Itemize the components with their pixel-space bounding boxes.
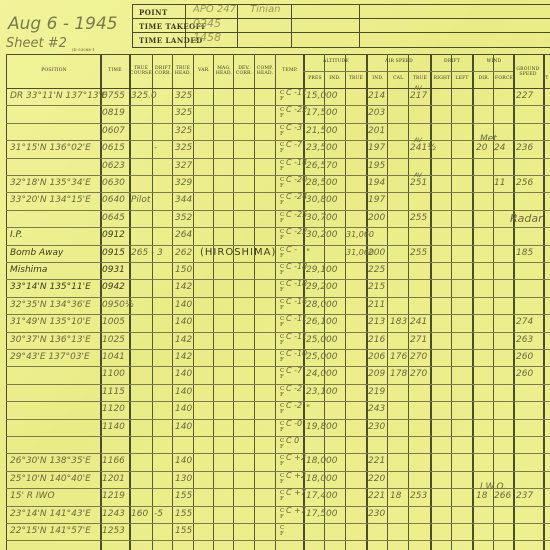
col-dev-corr: Dev. Corr. bbox=[234, 66, 254, 76]
temp-value: C -11 bbox=[286, 314, 307, 323]
cell-true-head: 140 bbox=[175, 422, 192, 432]
cell-time: 1041 bbox=[102, 352, 125, 362]
col-var: Var. bbox=[194, 68, 214, 73]
cell-airspeed-cal: 178 bbox=[390, 369, 407, 379]
temp-value: C -24 bbox=[286, 192, 307, 201]
row-divider bbox=[6, 401, 550, 402]
cell-airspeed-true: 251 bbox=[410, 178, 427, 188]
temp-scale-label: CF bbox=[280, 368, 284, 380]
col-wind: Wind bbox=[474, 59, 514, 64]
cell-airspeed-ind: 206 bbox=[368, 352, 385, 362]
cell-ground-speed: 227 bbox=[516, 91, 533, 101]
target-note: (HIROSHIMA) bbox=[200, 247, 276, 258]
cell-airspeed-true: 270 bbox=[410, 352, 427, 362]
grid-column-line bbox=[275, 54, 276, 550]
cell-position: 23°14'N 141°43'E bbox=[10, 509, 91, 519]
cell-ground-speed: 236 bbox=[516, 143, 533, 153]
col-true-head: True Head. bbox=[173, 66, 193, 76]
cell-airspeed-cal: 176 bbox=[390, 352, 407, 362]
row-divider bbox=[6, 540, 550, 541]
wind-note: I.W.O. bbox=[480, 482, 506, 492]
cell-position: I.P. bbox=[10, 230, 23, 240]
temp-value: C -18 bbox=[286, 279, 307, 288]
temp-scale-label: CF bbox=[280, 403, 284, 415]
temp-scale-label: CF bbox=[280, 386, 284, 398]
cell-time: 0640 bbox=[102, 195, 125, 205]
cell-altitude-ind: 29,100 bbox=[306, 265, 338, 275]
airspeed-note: AV bbox=[414, 172, 422, 179]
cell-time: 0630 bbox=[102, 178, 125, 188]
cell-airspeed-cal: 18 bbox=[390, 491, 401, 501]
grid-column-line bbox=[430, 54, 432, 550]
log-date: Aug 6 - 1945 bbox=[8, 14, 118, 34]
cell-true-head: 140 bbox=[175, 300, 192, 310]
cell-time: 1115 bbox=[102, 387, 125, 397]
grid-column-line bbox=[152, 54, 153, 550]
cell-true-head: 155 bbox=[175, 491, 192, 501]
cell-altitude-ind: 23,100 bbox=[306, 387, 338, 397]
col-as-cal: Cal. bbox=[389, 76, 409, 81]
cell-time: 1025 bbox=[102, 335, 125, 345]
row-divider bbox=[6, 158, 550, 159]
cell-true-head: 142 bbox=[175, 352, 192, 362]
row-divider bbox=[6, 366, 550, 367]
temp-value: C 0 bbox=[286, 436, 299, 445]
row-divider bbox=[6, 523, 550, 524]
header-bottom-rule bbox=[6, 88, 550, 89]
cell-position: DR 33°11'N 137°13'E bbox=[10, 91, 107, 101]
cell-altitude-true: 31,060 bbox=[346, 230, 374, 239]
col-true-course: True Course bbox=[130, 66, 152, 76]
cell-position: 25°10'N 140°40'E bbox=[10, 474, 91, 484]
temp-scale-label: CF bbox=[280, 455, 284, 467]
cell-true-course: Pilot bbox=[131, 195, 150, 205]
cell-altitude-ind: 18,000 bbox=[306, 456, 338, 466]
grid-column-line bbox=[451, 54, 452, 550]
cell-airspeed-ind: 200 bbox=[368, 248, 385, 258]
cell-time: 1140 bbox=[102, 422, 125, 432]
col-temp: Temp. bbox=[277, 68, 303, 73]
cell-position: 29°43'E 137°03'E bbox=[10, 352, 90, 362]
grid-column-line bbox=[408, 54, 409, 550]
cell-true-head: 325 bbox=[175, 143, 192, 153]
cell-altitude-ind: " bbox=[306, 404, 310, 414]
cell-airspeed-ind: 201 bbox=[368, 126, 385, 136]
grid-column-line bbox=[213, 54, 214, 550]
airspeed-note: AV bbox=[414, 137, 422, 144]
temp-scale-label: CF bbox=[280, 421, 284, 433]
col-mag-head: Mag. Head. bbox=[214, 66, 234, 76]
cell-airspeed-ind: 195 bbox=[368, 161, 385, 171]
row-divider bbox=[6, 471, 550, 472]
cell-true-head: 264 bbox=[175, 230, 192, 240]
cell-altitude-ind: " bbox=[306, 248, 310, 258]
cell-wind-force: 266 bbox=[494, 491, 511, 501]
temp-value: C -25 bbox=[286, 210, 307, 219]
col-time: Time bbox=[101, 68, 129, 73]
cell-time: 1166 bbox=[102, 456, 125, 466]
row-divider bbox=[6, 262, 550, 263]
temp-value: C -3 bbox=[286, 123, 302, 132]
temp-scale-label: CF bbox=[280, 160, 284, 172]
cell-true-course: 160 bbox=[131, 509, 148, 519]
col-wind-force: Force bbox=[494, 76, 514, 81]
cell-position: 31°49'N 135°10'E bbox=[10, 317, 91, 327]
grid-column-line bbox=[543, 54, 545, 550]
row-divider bbox=[6, 245, 550, 246]
cell-ground-speed: 274 bbox=[516, 317, 533, 327]
cell-altitude-ind: 30,700 bbox=[306, 213, 338, 223]
temp-value: C -22 bbox=[286, 227, 307, 236]
row-divider bbox=[6, 175, 550, 176]
col-as-true: True bbox=[410, 76, 430, 81]
cell-airspeed-ind: 209 bbox=[368, 369, 385, 379]
cell-ground-speed: 256 bbox=[516, 178, 533, 188]
row-divider bbox=[6, 192, 550, 193]
cell-wind-dir: 18 bbox=[476, 491, 487, 501]
row-divider bbox=[6, 436, 550, 437]
sheet-number: Sheet #2 bbox=[6, 36, 67, 51]
cell-time: 0623 bbox=[102, 161, 125, 171]
col-altitude: Altitude bbox=[305, 59, 367, 64]
cell-airspeed-true: 241½ bbox=[410, 143, 436, 153]
cell-true-head: 140 bbox=[175, 369, 192, 379]
cell-true-head: 155 bbox=[175, 526, 192, 536]
cell-position: 30°37'N 136°13'E bbox=[10, 335, 91, 345]
col-extra: T bbox=[544, 76, 550, 81]
cell-true-head: 155 bbox=[175, 509, 192, 519]
temp-value: C -2 bbox=[286, 384, 302, 393]
cell-position: 32°35'N 134°36'E bbox=[10, 300, 91, 310]
cell-airspeed-ind: 197 bbox=[368, 143, 385, 153]
col-position: Position bbox=[8, 68, 100, 73]
cell-position: 22°15'N 141°57'E bbox=[10, 526, 91, 536]
cell-airspeed-true: 217 bbox=[410, 91, 427, 101]
cell-true-head: 327 bbox=[175, 161, 192, 171]
cell-altitude-ind: 19,800 bbox=[306, 422, 338, 432]
col-drift-right: Right bbox=[432, 76, 452, 81]
temp-scale-label: CF bbox=[280, 229, 284, 241]
airspeed-note: AV bbox=[414, 85, 422, 92]
col-comp-head: Comp. Head. bbox=[255, 66, 275, 76]
point-label: Point bbox=[139, 8, 168, 17]
cell-drift-corr: -5 bbox=[154, 509, 163, 519]
cell-true-head: 140 bbox=[175, 317, 192, 327]
cell-true-head: 344 bbox=[175, 195, 192, 205]
header-subdivider bbox=[472, 71, 513, 72]
cell-airspeed-true: 253 bbox=[410, 491, 427, 501]
grid-column-line bbox=[172, 54, 173, 550]
row-divider bbox=[6, 453, 550, 454]
cell-airspeed-true: 255 bbox=[410, 213, 427, 223]
col-as-ind: Ind. bbox=[368, 76, 388, 81]
cell-airspeed-ind: 203 bbox=[368, 108, 385, 118]
cell-position: 26°30'N 138°35'E bbox=[10, 456, 91, 466]
cell-airspeed-ind: 197 bbox=[368, 195, 385, 205]
cell-true-head: 142 bbox=[175, 282, 192, 292]
temp-scale-label: CF bbox=[280, 142, 284, 154]
grid-column-line bbox=[513, 54, 515, 550]
col-ground-speed: Ground Speed bbox=[514, 67, 542, 77]
temp-value: C -2 bbox=[286, 401, 302, 410]
cell-ground-speed: 260 bbox=[516, 369, 533, 379]
cell-position: 33°14'N 135°11'E bbox=[10, 282, 91, 292]
temp-scale-label: CF bbox=[280, 438, 284, 450]
cell-time: 1100 bbox=[102, 369, 125, 379]
cell-time: 0615 bbox=[102, 143, 125, 153]
temp-value: C -0 bbox=[286, 419, 302, 428]
cell-true-head: 325 bbox=[175, 126, 192, 136]
col-wind-dir: Dir. bbox=[474, 76, 494, 81]
temp-scale-label: CF bbox=[280, 316, 284, 328]
cell-airspeed-ind: 215 bbox=[368, 282, 385, 292]
cell-position: 31°15'N 136°02'E bbox=[10, 143, 91, 153]
temp-scale-label: CF bbox=[280, 525, 284, 537]
temp-scale-label: CF bbox=[280, 490, 284, 502]
cell-time: 0942 bbox=[102, 282, 125, 292]
cell-altitude-ind: 23,500 bbox=[306, 143, 338, 153]
cell-altitude-ind: 30,200 bbox=[306, 230, 338, 240]
cell-airspeed-ind: 243 bbox=[368, 404, 385, 414]
cell-time: 0607 bbox=[102, 126, 125, 136]
col-alt-ind: Ind. bbox=[325, 76, 345, 81]
cell-airspeed-ind: 194 bbox=[368, 178, 385, 188]
cell-position: Mishima bbox=[10, 265, 47, 275]
row-divider bbox=[6, 332, 550, 333]
cell-altitude-ind: 17,500 bbox=[306, 509, 338, 519]
grid-column-line bbox=[254, 54, 255, 550]
grid-column-line bbox=[233, 54, 234, 550]
cell-airspeed-ind: 220 bbox=[368, 474, 385, 484]
landed-value: 1458 bbox=[193, 31, 221, 44]
cell-altitude-ind: 17,400 bbox=[306, 491, 338, 501]
cell-altitude-ind: 17,500 bbox=[306, 108, 338, 118]
temp-value: C -20 bbox=[286, 175, 307, 184]
row-divider bbox=[6, 297, 550, 298]
cell-true-head: 352 bbox=[175, 213, 192, 223]
cell-wind-force: 11 bbox=[494, 178, 505, 188]
cell-time: 1243 bbox=[102, 509, 125, 519]
col-alt-pres: Pres bbox=[305, 76, 325, 81]
cell-airspeed-ind: 225 bbox=[368, 265, 385, 275]
cell-altitude-ind: 18,000 bbox=[306, 474, 338, 484]
cell-true-course: 265 - 3 bbox=[131, 248, 163, 258]
cell-time: 1005 bbox=[102, 317, 125, 327]
cell-altitude-ind: 24,000 bbox=[306, 369, 338, 379]
cell-airspeed-true: 255 bbox=[410, 248, 427, 258]
cell-wind-force: 24 bbox=[494, 143, 505, 153]
row-divider bbox=[6, 506, 550, 507]
temp-scale-label: CF bbox=[280, 281, 284, 293]
cell-altitude-ind: 15,000 bbox=[306, 91, 338, 101]
cell-true-head: 150 bbox=[175, 265, 192, 275]
cell-airspeed-cal: 183 bbox=[390, 317, 407, 327]
temp-scale-label: CF bbox=[280, 334, 284, 346]
cell-altitude-ind: 25,000 bbox=[306, 335, 338, 345]
temp-value: C - bbox=[286, 245, 297, 254]
cell-true-course: 325.0 bbox=[131, 91, 157, 101]
cell-time: 1219 bbox=[102, 491, 125, 501]
col-alt-true: True bbox=[346, 76, 366, 81]
temp-scale-label: CF bbox=[280, 247, 284, 259]
cell-airspeed-ind: 219 bbox=[368, 387, 385, 397]
row-divider bbox=[6, 488, 550, 489]
cell-airspeed-ind: 230 bbox=[368, 509, 385, 519]
radar-note: Radar bbox=[510, 212, 543, 225]
temp-value: C -18 bbox=[286, 262, 307, 271]
cell-airspeed-ind: 214 bbox=[368, 91, 385, 101]
temp-value: C -7 bbox=[286, 140, 302, 149]
cell-altitude-ind: 30,800 bbox=[306, 195, 338, 205]
temp-value: C -10 bbox=[286, 349, 307, 358]
cell-time: 1201 bbox=[102, 474, 125, 484]
cell-position: 32°18'N 135°34'E bbox=[10, 178, 91, 188]
cell-altitude-ind: 26,570 bbox=[306, 161, 338, 171]
point-value-island: Tinian bbox=[250, 4, 280, 15]
grid-column-line bbox=[193, 54, 194, 550]
cell-true-head: 325 bbox=[175, 91, 192, 101]
cell-airspeed-ind: 213 bbox=[368, 317, 385, 327]
cell-true-head: 130 bbox=[175, 474, 192, 484]
col-drift: Drift bbox=[432, 59, 472, 64]
temp-value: C +7 bbox=[286, 488, 306, 497]
temp-value: C -14 bbox=[286, 158, 307, 167]
cell-position: Bomb Away bbox=[10, 248, 63, 258]
grid-column-line bbox=[472, 54, 474, 550]
cell-true-head: 140 bbox=[175, 456, 192, 466]
cell-position: 15' R IWO bbox=[10, 491, 55, 501]
temp-scale-label: CF bbox=[280, 473, 284, 485]
cell-altitude-ind: 26,100 bbox=[306, 317, 338, 327]
temp-scale-label: CF bbox=[280, 212, 284, 224]
temp-value: C +2 bbox=[286, 453, 306, 462]
grid-column-line bbox=[493, 54, 494, 550]
cell-true-head: 142 bbox=[175, 335, 192, 345]
grid-column-line bbox=[387, 54, 388, 550]
cell-time: 0819 bbox=[102, 108, 125, 118]
wind-note: Met. bbox=[480, 134, 500, 144]
cell-altitude-ind: 28,500 bbox=[306, 178, 338, 188]
form-number: (D-53088-1 bbox=[72, 48, 95, 52]
temp-scale-label: CF bbox=[280, 177, 284, 189]
row-divider bbox=[6, 279, 550, 280]
col-drift-left: Left bbox=[452, 76, 472, 81]
cell-time: 0755 bbox=[102, 91, 125, 101]
temp-value: C -16 bbox=[286, 297, 307, 306]
cell-airspeed-ind: 230 bbox=[368, 422, 385, 432]
cell-ground-speed: 260 bbox=[516, 352, 533, 362]
cell-time: 0645 bbox=[102, 213, 125, 223]
cell-altitude-ind: 29,200 bbox=[306, 282, 338, 292]
row-divider bbox=[6, 384, 550, 385]
header-subdivider bbox=[430, 71, 472, 72]
row-divider bbox=[6, 105, 550, 106]
cell-time: 0931 bbox=[102, 265, 125, 275]
cell-airspeed-true: 241 bbox=[410, 317, 427, 327]
cell-airspeed-ind: 221 bbox=[368, 456, 385, 466]
cell-true-head: 140 bbox=[175, 404, 192, 414]
cell-airspeed-ind: 216 bbox=[368, 335, 385, 345]
cell-airspeed-ind: 211 bbox=[368, 300, 385, 310]
temp-value: C +7 bbox=[286, 506, 306, 515]
cell-time: 0912 bbox=[102, 230, 125, 240]
grid-column-line bbox=[345, 54, 346, 550]
cell-drift-corr: - bbox=[154, 143, 157, 153]
row-divider bbox=[6, 419, 550, 420]
cell-time: 0950½ bbox=[102, 300, 134, 310]
row-divider bbox=[6, 140, 550, 141]
row-divider bbox=[6, 349, 550, 350]
cell-time: 1253 bbox=[102, 526, 125, 536]
row-divider bbox=[6, 227, 550, 228]
temp-value: C -11 bbox=[286, 88, 307, 97]
temp-value: C -22 bbox=[286, 105, 307, 114]
cell-true-head: 262 bbox=[175, 248, 192, 258]
cell-wind-dir: 20 bbox=[476, 143, 487, 153]
takeoff-value: 0245 bbox=[193, 17, 221, 30]
point-value: APO 247 bbox=[193, 4, 236, 15]
cell-altitude-ind: 21,500 bbox=[306, 126, 338, 136]
cell-airspeed-ind: 200 bbox=[368, 213, 385, 223]
cell-airspeed-true: 270 bbox=[410, 369, 427, 379]
cell-ground-speed: 185 bbox=[516, 248, 533, 258]
temp-scale-label: CF bbox=[280, 107, 284, 119]
temp-scale-label: CF bbox=[280, 264, 284, 276]
cell-true-head: 325 bbox=[175, 108, 192, 118]
temp-value: C +2 bbox=[286, 471, 306, 480]
cell-time: 0915 bbox=[102, 248, 125, 258]
temp-scale-label: CF bbox=[280, 90, 284, 102]
col-air-speed: Air Speed bbox=[368, 59, 430, 64]
cell-time: 1120 bbox=[102, 404, 125, 414]
temp-scale-label: CF bbox=[280, 125, 284, 137]
header-subdivider bbox=[303, 71, 366, 72]
cell-ground-speed: 263 bbox=[516, 335, 533, 345]
header-subdivider bbox=[366, 71, 430, 72]
cell-true-head: 140 bbox=[175, 387, 192, 397]
temp-scale-label: CF bbox=[280, 508, 284, 520]
cell-airspeed-true: 271 bbox=[410, 335, 427, 345]
temp-value: C -7 bbox=[286, 366, 302, 375]
row-divider bbox=[6, 314, 550, 315]
cell-position: 33°20'N 134°15'E bbox=[10, 195, 91, 205]
temp-scale-label: CF bbox=[280, 299, 284, 311]
col-drift-corr: Drift Corr. bbox=[153, 66, 173, 76]
temp-scale-label: CF bbox=[280, 351, 284, 363]
cell-airspeed-ind: 221 bbox=[368, 491, 385, 501]
temp-scale-label: CF bbox=[280, 194, 284, 206]
cell-true-head: 329 bbox=[175, 178, 192, 188]
cell-ground-speed: 237 bbox=[516, 491, 533, 501]
cell-altitude-ind: 28,000 bbox=[306, 300, 338, 310]
row-divider bbox=[6, 210, 550, 211]
temp-value: C -11 bbox=[286, 332, 307, 341]
cell-altitude-ind: 25,000 bbox=[306, 352, 338, 362]
row-divider bbox=[6, 123, 550, 124]
